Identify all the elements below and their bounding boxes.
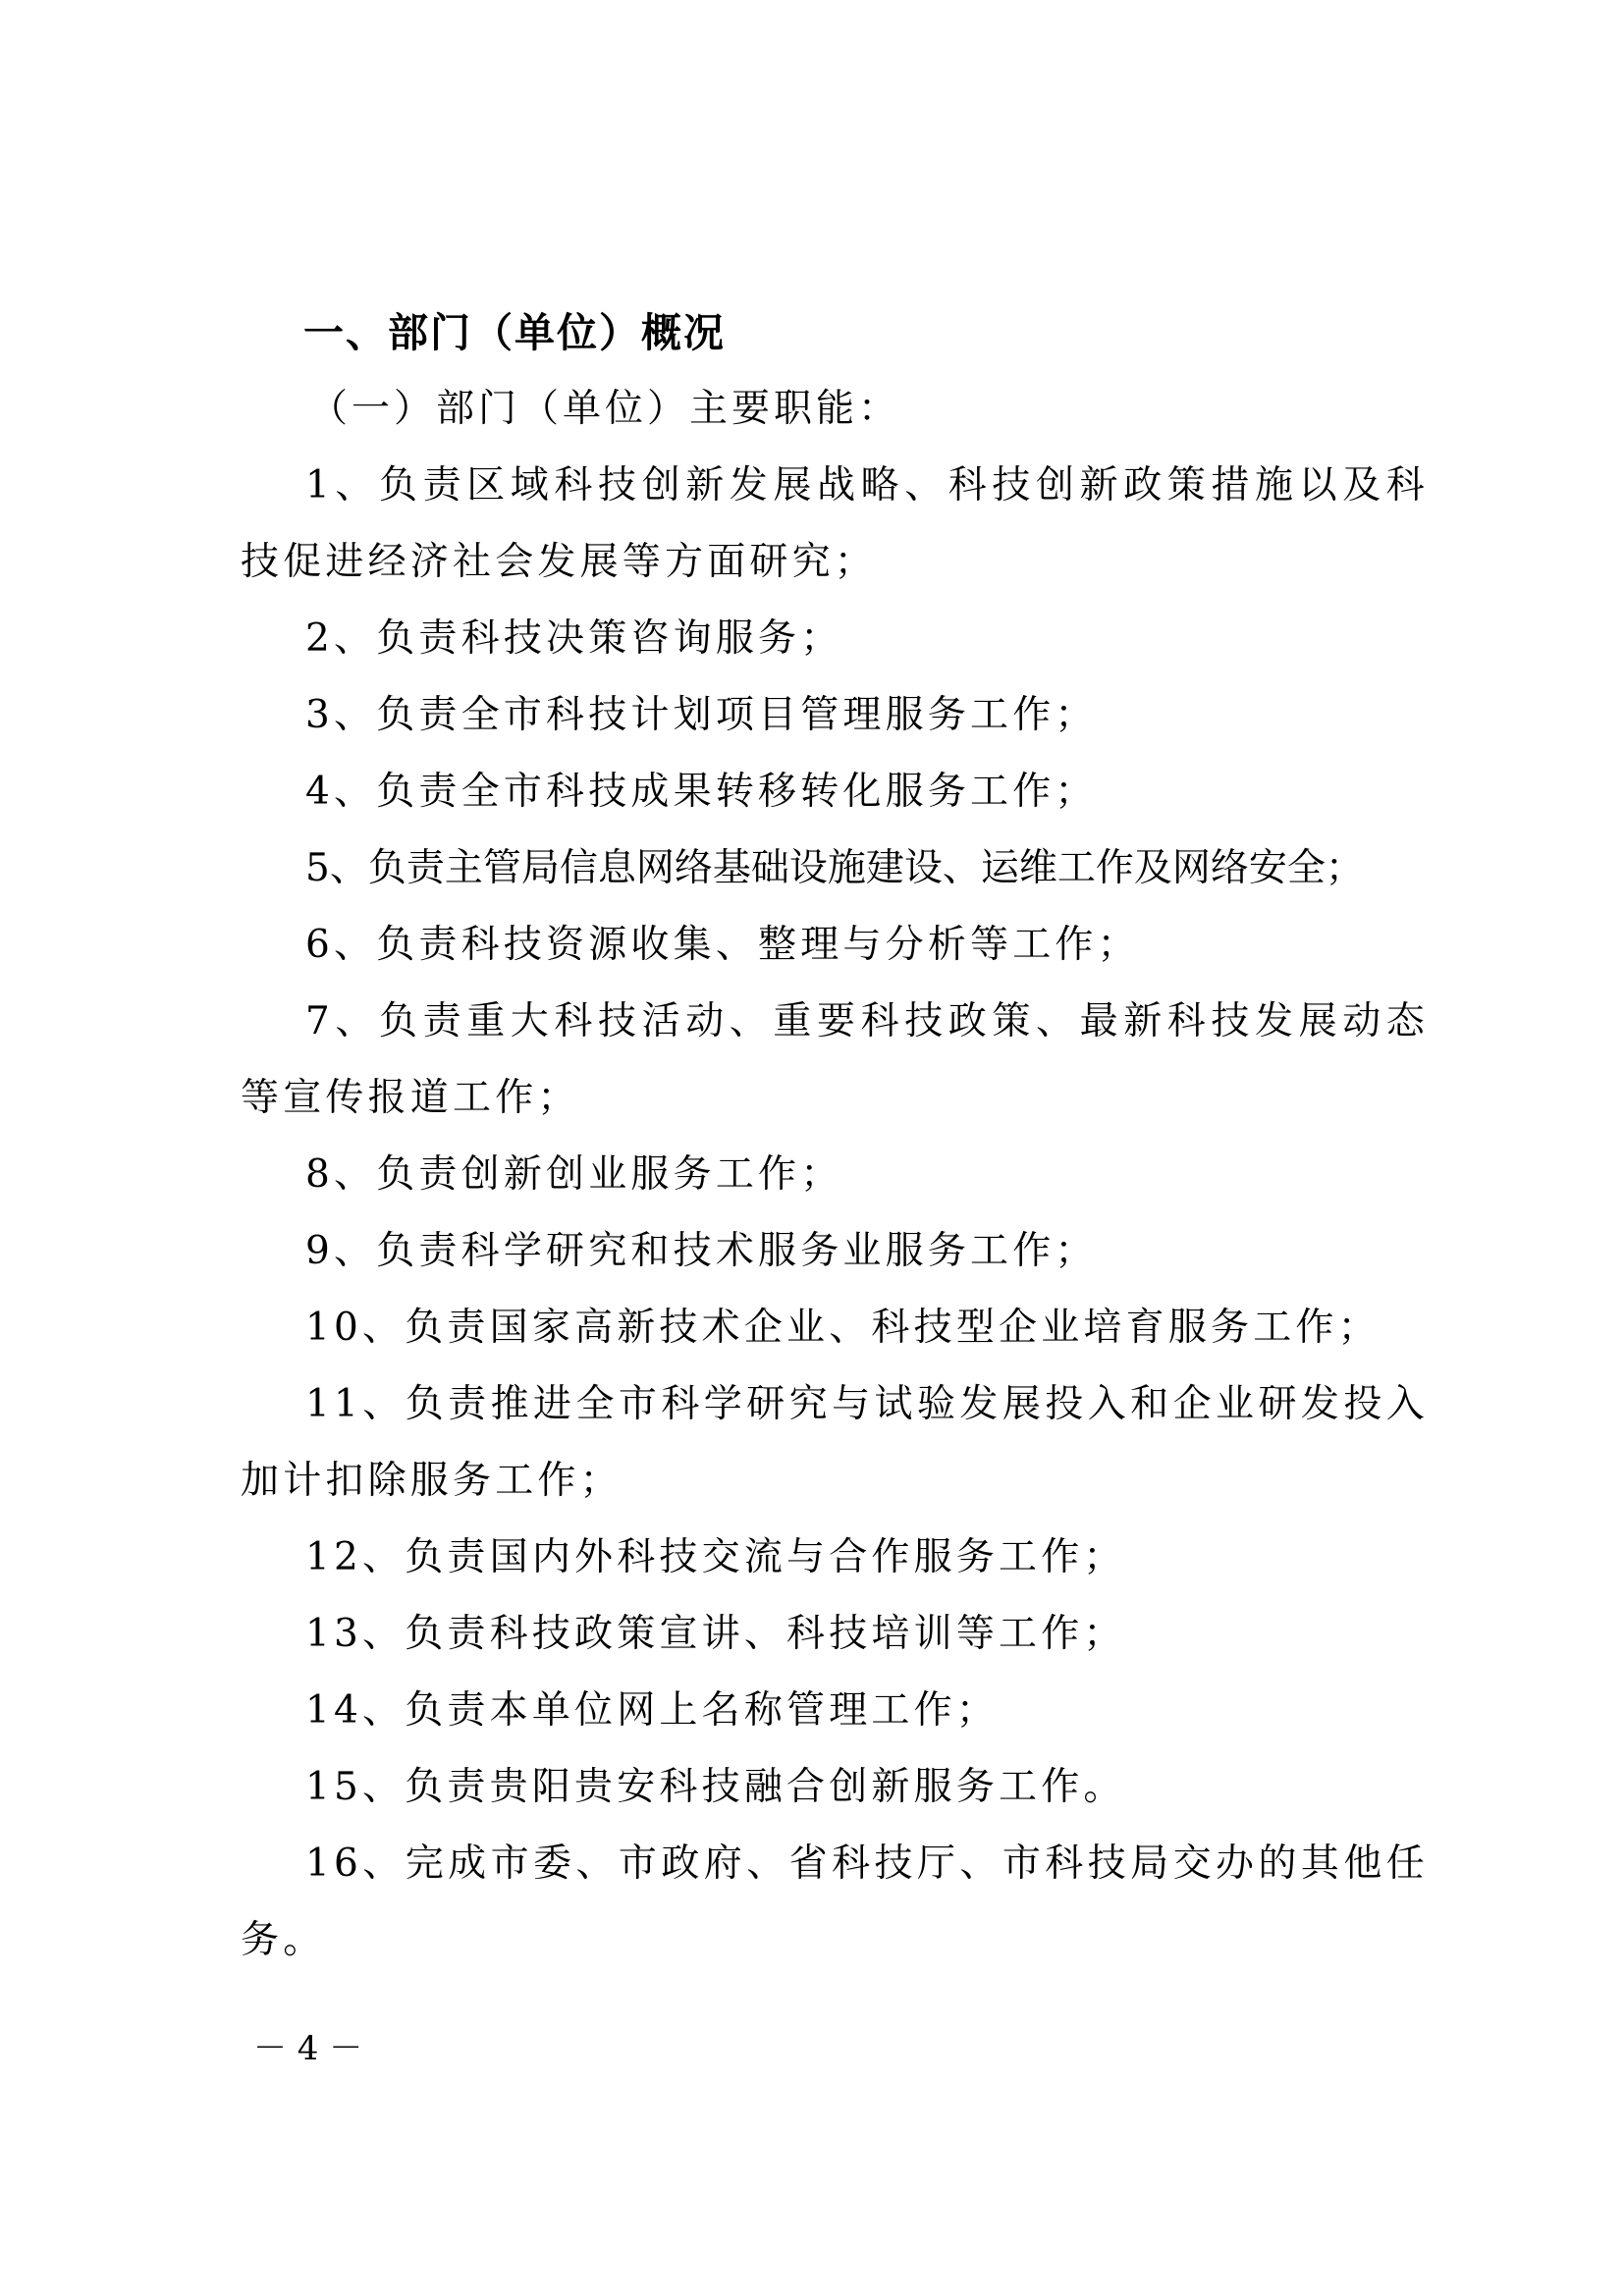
list-item: 13、负责科技政策宣讲、科技培训等工作；	[241, 1596, 1429, 1673]
list-item: 10、负责国家高新技术企业、科技型企业培育服务工作；	[241, 1290, 1429, 1366]
page-number: － 4 －	[253, 2024, 362, 2073]
list-item: 7、负责重大科技活动、重要科技政策、最新科技发展动态等宣传报道工作；	[241, 984, 1429, 1137]
list-item: 2、负责科技决策咨询服务；	[241, 601, 1429, 677]
list-item: 3、负责全市科技计划项目管理服务工作；	[241, 677, 1429, 754]
list-item: 15、负责贵阳贵安科技融合创新服务工作。	[241, 1749, 1429, 1826]
list-item: 14、负责本单位网上名称管理工作；	[241, 1673, 1429, 1749]
list-item: 16、完成市委、市政府、省科技厅、市科技局交办的其他任务。	[241, 1826, 1429, 1979]
list-item: 9、负责科学研究和技术服务业服务工作；	[241, 1213, 1429, 1290]
list-item: 1、负责区域科技创新发展战略、科技创新政策措施以及科技促进经济社会发展等方面研究…	[241, 448, 1429, 601]
list-item: 6、负责科技资源收集、整理与分析等工作；	[241, 907, 1429, 984]
document-page: 一、部门（单位）概况 （一）部门（单位）主要职能： 1、负责区域科技创新发展战略…	[241, 294, 1429, 1979]
section-heading: 一、部门（单位）概况	[303, 294, 1429, 371]
list-item: 5、负责主管局信息网络基础设施建设、运维工作及网络安全；	[241, 830, 1429, 907]
list-item: 11、负责推进全市科学研究与试验发展投入和企业研发投入加计扣除服务工作；	[241, 1366, 1429, 1520]
list-item: 12、负责国内外科技交流与合作服务工作；	[241, 1520, 1429, 1596]
subsection-heading: （一）部门（单位）主要职能：	[309, 371, 1429, 448]
list-item: 4、负责全市科技成果转移转化服务工作；	[241, 754, 1429, 830]
list-item: 8、负责创新创业服务工作；	[241, 1137, 1429, 1213]
